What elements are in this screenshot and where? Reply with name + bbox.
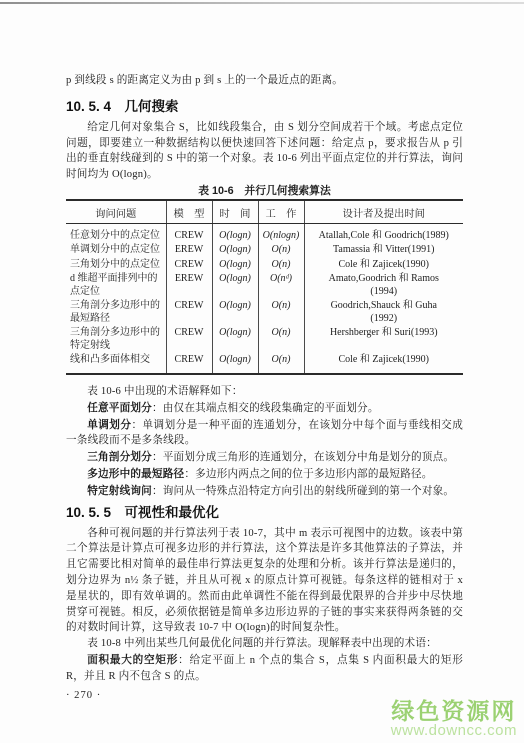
cell-problem: d 维超平面排列中的点定位: [66, 272, 166, 299]
cell-designers: Atallah,Cole 和 Goodrich(1989): [304, 223, 463, 243]
term-definition: 面积最大的空矩形：给定平面上 n 个点的集合 S，点集 S 内面积最大的矩形 R…: [66, 653, 463, 685]
cell-designers: Goodrich,Shauck 和 Guha (1992): [304, 299, 463, 326]
cell-time: O(logn): [212, 223, 258, 243]
watermark-url: www.downcc.com: [391, 723, 517, 739]
parallel-geometric-search-table: 询问问题 模 型 时 间 工 作 设计者及提出时间 任意划分中的点定位 CREW…: [66, 199, 463, 375]
paragraph-continuation: p 到线段 s 的距离定义为由 p 到 s 上的一个最近点的距离。: [66, 73, 463, 89]
cell-work: O(nᵈ): [258, 272, 304, 299]
cell-model: EREW: [166, 243, 212, 258]
cell-problem: 线和凸多面体相交: [66, 353, 166, 374]
cell-model: EREW: [166, 272, 212, 299]
term-definition: 特定射线询问：询问从一特殊点沿特定方向引出的射线所碰到的第一个对象。: [66, 484, 463, 500]
page-content: p 到线段 s 的距离定义为由 p 到 s 上的一个最近点的距离。 10. 5.…: [66, 0, 463, 703]
cell-model: CREW: [166, 326, 212, 353]
cell-problem: 三角剖分多边形中的特定射线: [66, 326, 166, 353]
col-header-time: 时 间: [212, 200, 258, 224]
section-10-5-5-paragraph: 各种可视问题的并行算法列于表 10-7，其中 m 表示可视图中的边数。该表中第二…: [66, 526, 463, 637]
cell-model: CREW: [166, 353, 212, 374]
term-label: 单调划分: [87, 419, 131, 431]
cell-model: CREW: [166, 299, 212, 326]
cell-problem: 任意划分中的点定位: [66, 223, 166, 243]
cell-work: O(nlogn): [258, 223, 304, 243]
cell-problem: 三角划分中的点定位: [66, 258, 166, 273]
term-label: 特定射线询问: [87, 485, 152, 497]
table-10-8-intro: 表 10-8 中列出某些几何最优化问题的并行算法。现解释表中出现的术语：: [66, 636, 463, 652]
col-header-query-problem: 询问问题: [66, 200, 166, 224]
cell-time: O(logn): [212, 243, 258, 258]
terms-intro: 表 10-6 中出现的术语解释如下：: [66, 384, 463, 400]
col-header-model: 模 型: [166, 200, 212, 224]
cell-designers: Hershberger 和 Suri(1993): [304, 326, 463, 353]
table-caption: 表 10-6 并行几何搜索算法: [66, 185, 463, 197]
term-label: 多边形中的最短路径: [87, 468, 184, 480]
cell-time: O(logn): [212, 299, 258, 326]
cell-model: CREW: [166, 258, 212, 273]
cell-time: O(logn): [212, 326, 258, 353]
term-definition: 多边形中的最短路径：多边形内两点之间的位于多边形内部的最短路径。: [66, 467, 463, 483]
table-row: 三角剖分多边形中的最短路径 CREW O(logn) O(n) Goodrich…: [66, 299, 463, 326]
term-definition: 单调划分：单调划分是一种平面的连通划分，在该划分中每个面与垂线相交成一条线段而不…: [66, 418, 463, 450]
cell-work: O(n): [258, 326, 304, 353]
term-text: ：询问从一特殊点沿特定方向引出的射线所碰到的第一个对象。: [152, 486, 454, 497]
section-heading-10-5-5: 10. 5. 5 可视性和最优化: [66, 504, 463, 521]
cell-problem: 单调划分中的点定位: [66, 243, 166, 258]
cell-work: O(n): [258, 258, 304, 273]
term-text: ：平面划分成三角形的连通划分，在该划分中角是划分的顶点。: [152, 452, 454, 463]
cell-model: CREW: [166, 223, 212, 243]
cell-problem: 三角剖分多边形中的最短路径: [66, 299, 166, 326]
watermark-title: 绿色资源网: [391, 699, 517, 723]
term-label: 面积最大的空矩形: [87, 654, 178, 666]
cell-work: O(n): [258, 353, 304, 374]
table-row: 三角划分中的点定位 CREW O(logn) O(n) Cole 和 Zajic…: [66, 258, 463, 273]
table-row: 线和凸多面体相交 CREW O(logn) O(n) Cole 和 Zajice…: [66, 353, 463, 374]
cell-work: O(n): [258, 299, 304, 326]
section-10-5-4-paragraph: 给定几何对象集合 S，比如线段集合，由 S 划分空间成若干个域。考虑点定位问题，…: [66, 120, 463, 183]
table-row: 三角剖分多边形中的特定射线 CREW O(logn) O(n) Hershber…: [66, 326, 463, 353]
cell-designers: Cole 和 Zajicek(1990): [304, 258, 463, 273]
cell-designers: Tamassia 和 Vitter(1991): [304, 243, 463, 258]
cell-work: O(n): [258, 243, 304, 258]
col-header-work: 工 作: [258, 200, 304, 224]
table-row: d 维超平面排列中的点定位 EREW O(logn) O(nᵈ) Amato,G…: [66, 272, 463, 299]
term-text: ：由仅在其端点相交的线段集确定的平面划分。: [152, 403, 379, 414]
term-text: ：多边形内两点之间的位于多边形内部的最短路径。: [184, 469, 432, 480]
cell-time: O(logn): [212, 353, 258, 374]
watermark: 绿色资源网 www.downcc.com: [391, 699, 517, 739]
term-label: 三角剖分划分: [87, 451, 152, 463]
term-label: 任意平面划分: [87, 402, 152, 414]
col-header-designers: 设计者及提出时间: [304, 200, 463, 224]
cell-designers: Cole 和 Zajicek(1990): [304, 353, 463, 374]
cell-time: O(logn): [212, 258, 258, 273]
section-heading-10-5-4: 10. 5. 4 几何搜索: [66, 98, 463, 115]
cell-time: O(logn): [212, 272, 258, 299]
table-header-row: 询问问题 模 型 时 间 工 作 设计者及提出时间: [66, 200, 463, 224]
table-row: 单调划分中的点定位 EREW O(logn) O(n) Tamassia 和 V…: [66, 243, 463, 258]
table-row: 任意划分中的点定位 CREW O(logn) O(nlogn) Atallah,…: [66, 223, 463, 243]
term-definition: 任意平面划分：由仅在其端点相交的线段集确定的平面划分。: [66, 401, 463, 417]
term-definition: 三角剖分划分：平面划分成三角形的连通划分，在该划分中角是划分的顶点。: [66, 450, 463, 466]
cell-designers: Amato,Goodrich 和 Ramos (1994): [304, 272, 463, 299]
